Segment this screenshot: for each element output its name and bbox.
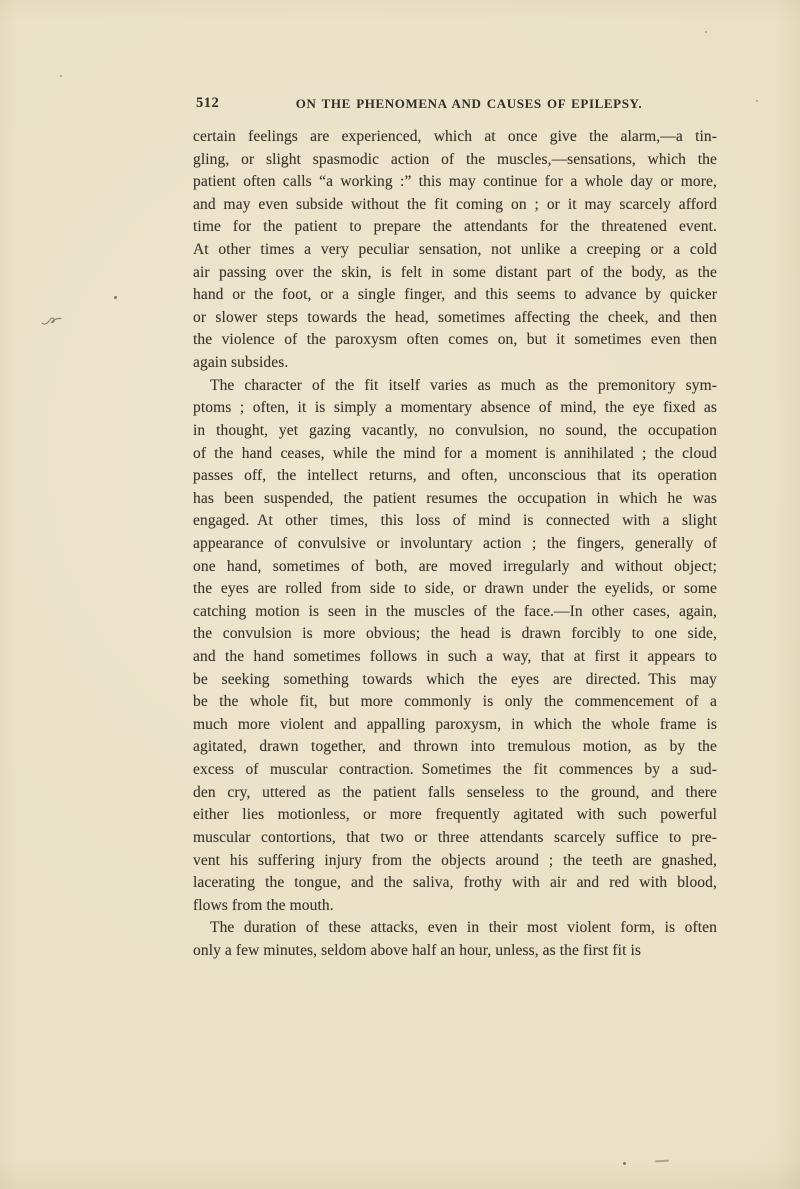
text-line: the eyes are rolled from side to side, o… — [193, 578, 717, 601]
text-line: again subsides. — [193, 352, 717, 375]
running-head: 512 ON THE PHENOMENA AND CAUSES OF EPILE… — [193, 94, 717, 114]
text-line: in thought, yet gazing vacantly, no conv… — [193, 420, 717, 443]
text-line: and may even subside without the fit com… — [193, 194, 717, 217]
text-line: muscular contortions, that two or three … — [193, 827, 717, 850]
pen-squiggle-mark — [41, 313, 63, 327]
text-line: the convulsion is more obvious; the head… — [193, 623, 717, 646]
text-line: and the hand sometimes follows in such a… — [193, 646, 717, 669]
text-line: one hand, sometimes of both, are moved i… — [193, 556, 717, 579]
text-line: ptoms ; often, it is simply a momentary … — [193, 397, 717, 420]
text-line: The character of the fit itself varies a… — [193, 375, 717, 398]
text-line: gling, or slight spasmodic action of the… — [193, 149, 717, 172]
scan-speck — [705, 31, 707, 33]
paragraph: The character of the fit itself varies a… — [193, 375, 717, 918]
scan-speck — [114, 296, 117, 299]
page-number: 512 — [196, 94, 219, 112]
text-line: or slower steps towards the head, someti… — [193, 307, 717, 330]
text-line: excess of muscular contraction. Sometime… — [193, 759, 717, 782]
text-line: den cry, uttered as the patient falls se… — [193, 782, 717, 805]
text-line: lacerating the tongue, and the saliva, f… — [193, 872, 717, 895]
text-line: certain feelings are experienced, which … — [193, 126, 717, 149]
scan-speck — [60, 75, 62, 77]
book-page: 512 ON THE PHENOMENA AND CAUSES OF EPILE… — [0, 0, 800, 1189]
text-line: either lies motionless, or more frequent… — [193, 804, 717, 827]
text-line: appearance of convulsive or involuntary … — [193, 533, 717, 556]
running-title: ON THE PHENOMENA AND CAUSES OF EPILEPSY. — [296, 95, 642, 113]
text-line: air passing over the skin, is felt in so… — [193, 262, 717, 285]
text-line: only a few minutes, seldom above half an… — [193, 940, 717, 963]
text-line: passes off, the intellect returns, and o… — [193, 465, 717, 488]
text-line: agitated, drawn together, and thrown int… — [193, 736, 717, 759]
scan-speck — [623, 1162, 626, 1165]
text-line: the violence of the paroxysm often comes… — [193, 329, 717, 352]
text-line: patient often calls “a working :” this m… — [193, 171, 717, 194]
paragraph: certain feelings are experienced, which … — [193, 126, 717, 375]
text-line: much more violent and appalling paroxysm… — [193, 714, 717, 737]
text-line: engaged. At other times, this loss of mi… — [193, 510, 717, 533]
text-line: The duration of these attacks, even in t… — [193, 917, 717, 940]
paragraph: The duration of these attacks, even in t… — [193, 917, 717, 962]
text-line: flows from the mouth. — [193, 895, 717, 918]
text-line: be seeking something towards which the e… — [193, 669, 717, 692]
text-line: catching motion is seen in the muscles o… — [193, 601, 717, 624]
text-line: of the hand ceases, while the mind for a… — [193, 443, 717, 466]
text-line: be the whole fit, but more commonly is o… — [193, 691, 717, 714]
text-line: At other times a very peculiar sensation… — [193, 239, 717, 262]
text-block: certain feelings are experienced, which … — [193, 126, 717, 963]
text-line: hand or the foot, or a single finger, an… — [193, 284, 717, 307]
text-line: time for the patient to prepare the atte… — [193, 216, 717, 239]
scan-speck — [756, 100, 758, 102]
text-line: vent his suffering injury from the objec… — [193, 850, 717, 873]
text-line: has been suspended, the patient resumes … — [193, 488, 717, 511]
scan-smudge — [655, 1160, 669, 1163]
